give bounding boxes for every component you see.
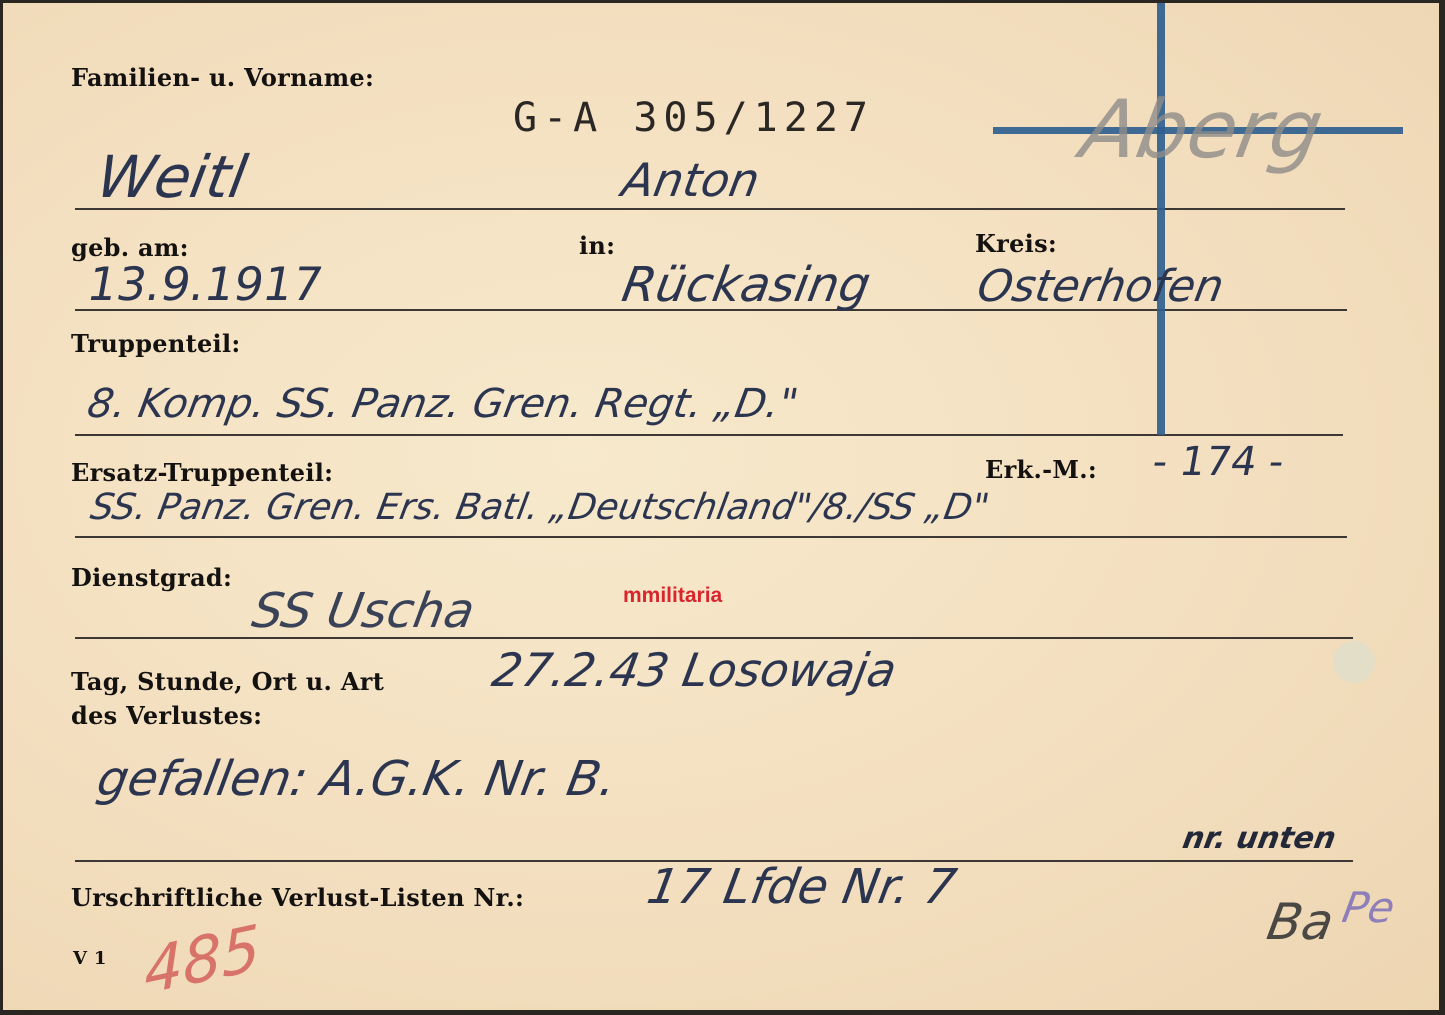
rule-line [75, 208, 1345, 210]
id-tag-label: Erk.-M.: [985, 455, 1097, 484]
unit-label: Truppenteil: [71, 329, 241, 358]
name-label: Familien- u. Vorname: [71, 63, 374, 92]
loss-date-place-value: 27.2.43 Losowaja [488, 643, 900, 697]
loss-label-line1: Tag, Stunde, Ort u. Art [71, 667, 384, 696]
birth-date-value: 13.9.1917 [83, 257, 327, 311]
blue-cross-vertical-mark [1157, 3, 1165, 435]
district-value: Osterhofen [974, 261, 1228, 312]
given-name-value: Anton [618, 153, 763, 207]
initials-pencil-mark: Ba [1263, 893, 1338, 951]
replacement-unit-label: Ersatz-Truppenteil: [71, 458, 333, 487]
casualty-index-card: Familien- u. Vorname: G-A 305/1227 Weitl… [3, 3, 1439, 1010]
replacement-unit-value: SS. Panz. Gren. Ers. Batl. „Deutschland"… [87, 487, 992, 528]
loss-list-value: 17 Lfde Nr. 7 [643, 859, 960, 915]
rank-value: SS Uscha [248, 583, 479, 639]
loss-type-value: gefallen: A.G.K. Nr. B. [93, 751, 621, 807]
birth-place-label: in: [579, 231, 615, 260]
pencil-note: Aberg [1075, 83, 1330, 176]
watermark: mmilitaria [623, 584, 722, 608]
form-version: V 1 [73, 948, 107, 969]
rule-line [75, 536, 1347, 538]
district-label: Kreis: [975, 229, 1057, 258]
unit-value: 8. Komp. SS. Panz. Gren. Regt. „D." [84, 381, 802, 427]
initials-violet-mark: Pe [1339, 883, 1399, 932]
loss-list-label: Urschriftliche Verlust-Listen Nr.: [71, 883, 524, 912]
file-number-stamp: G-A 305/1227 [513, 95, 874, 141]
red-crayon-number: 485 [143, 910, 261, 1009]
loss-label-line2: des Verlustes: [71, 701, 262, 730]
birth-place-value: Rückasing [618, 257, 874, 313]
stain-mark [1333, 641, 1375, 683]
id-tag-value: - 174 - [1149, 439, 1288, 485]
rule-line [75, 434, 1343, 436]
surname-value: Weitl [92, 143, 252, 211]
note-right-value: nr. unten [1180, 821, 1339, 856]
rank-label: Dienstgrad: [71, 563, 232, 592]
